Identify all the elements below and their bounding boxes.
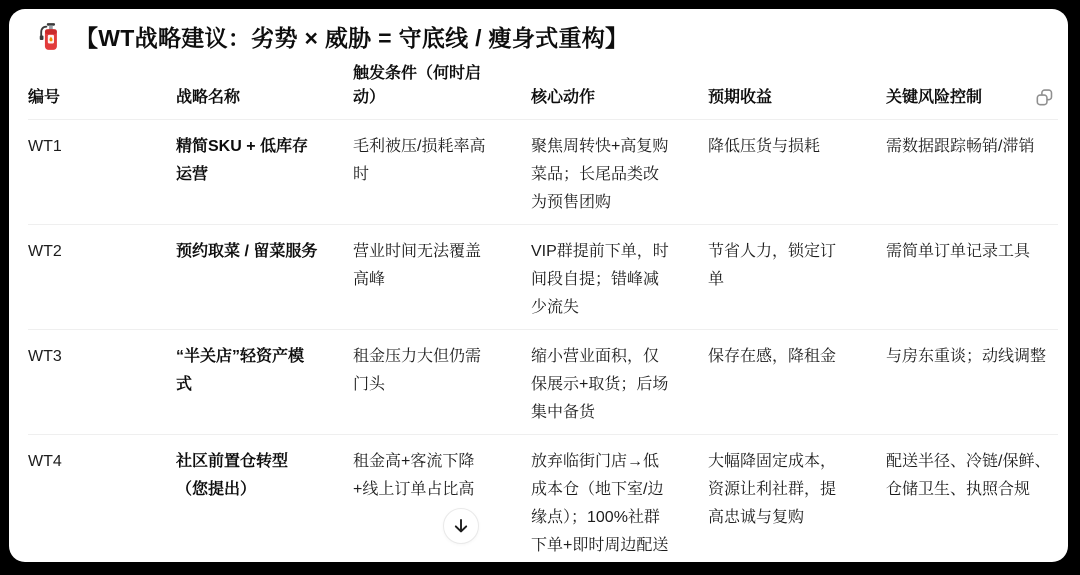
cell-risk: 需数据跟踪畅销/滞销	[886, 133, 1058, 161]
wt-strategy-card: 【WT战略建议：劣势 × 威胁 = 守底线 / 瘦身式重构】 编号 战略名称 触…	[9, 9, 1068, 562]
cell-action: 缩小营业面积，仅保展示+取货；后场集中备货	[531, 343, 708, 427]
header-strategy-name: 战略名称	[176, 86, 353, 110]
cell-id: WT1	[28, 133, 176, 161]
cell-strategy-name: 精简SKU + 低库存运营	[176, 133, 353, 189]
cell-trigger: 租金高+客流下降+线上订单占比高	[353, 448, 531, 504]
cell-trigger: 营业时间无法覆盖高峰	[353, 238, 531, 294]
header-benefit: 预期收益	[708, 86, 886, 110]
cell-trigger: 毛利被压/损耗率高时	[353, 133, 531, 189]
cell-strategy-name: “半关店”轻资产模式	[176, 343, 353, 399]
cell-id: WT3	[28, 343, 176, 371]
cell-benefit: 保存在感，降租金	[708, 343, 886, 371]
fire-extinguisher-icon	[37, 21, 64, 52]
cell-id: WT4	[28, 448, 176, 476]
table-row-wt4: WT4 社区前置仓转型（您提出） 租金高+客流下降+线上订单占比高 放弃临街门店…	[28, 435, 1058, 562]
cell-action: 放弃临街门店→低成本仓（地下室/边缘点）；100%社群下单+即时周边配送	[531, 448, 708, 560]
arrow-down-icon[interactable]	[443, 508, 479, 544]
table-row-wt2: WT2 预约取菜 / 留菜服务 营业时间无法覆盖高峰 VIP群提前下单，时间段自…	[28, 225, 1058, 330]
header-id: 编号	[28, 86, 176, 110]
cell-benefit: 降低压货与损耗	[708, 133, 886, 161]
table-row-wt1: WT1 精简SKU + 低库存运营 毛利被压/损耗率高时 聚焦周转快+高复购菜品…	[28, 120, 1058, 225]
cell-risk: 配送半径、冷链/保鲜、仓储卫生、执照合规	[886, 448, 1058, 504]
cell-id: WT2	[28, 238, 176, 266]
table-row-wt3: WT3 “半关店”轻资产模式 租金压力大但仍需门头 缩小营业面积，仅保展示+取货…	[28, 330, 1058, 435]
cell-action: 聚焦周转快+高复购菜品；长尾品类改为预售团购	[531, 133, 708, 217]
cell-strategy-name: 社区前置仓转型（您提出）	[176, 448, 353, 504]
cell-risk: 需简单订单记录工具	[886, 238, 1058, 266]
cell-trigger: 租金压力大但仍需门头	[353, 343, 531, 399]
cell-benefit: 大幅降固定成本，资源让利社群，提高忠诚与复购	[708, 448, 886, 532]
cell-risk: 与房东重谈；动线调整	[886, 343, 1058, 371]
header-trigger: 触发条件（何时启动）	[353, 62, 531, 110]
page-title-text: 【WT战略建议：劣势 × 威胁 = 守底线 / 瘦身式重构】	[75, 20, 628, 53]
table-header-row: 编号 战略名称 触发条件（何时启动） 核心动作 预期收益 关键风险控制	[28, 56, 1058, 120]
header-action: 核心动作	[531, 86, 708, 110]
screenshot-background: 【WT战略建议：劣势 × 威胁 = 守底线 / 瘦身式重构】 编号 战略名称 触…	[0, 0, 1080, 575]
cell-strategy-name: 预约取菜 / 留菜服务	[176, 238, 353, 266]
cell-benefit: 节省人力，锁定订单	[708, 238, 886, 294]
copy-icon[interactable]	[1032, 85, 1056, 109]
page-title: 【WT战略建议：劣势 × 威胁 = 守底线 / 瘦身式重构】	[9, 9, 1068, 56]
cell-action: VIP群提前下单，时间段自提；错峰减少流失	[531, 238, 708, 322]
wt-strategy-table: 编号 战略名称 触发条件（何时启动） 核心动作 预期收益 关键风险控制 WT1 …	[28, 56, 1058, 562]
